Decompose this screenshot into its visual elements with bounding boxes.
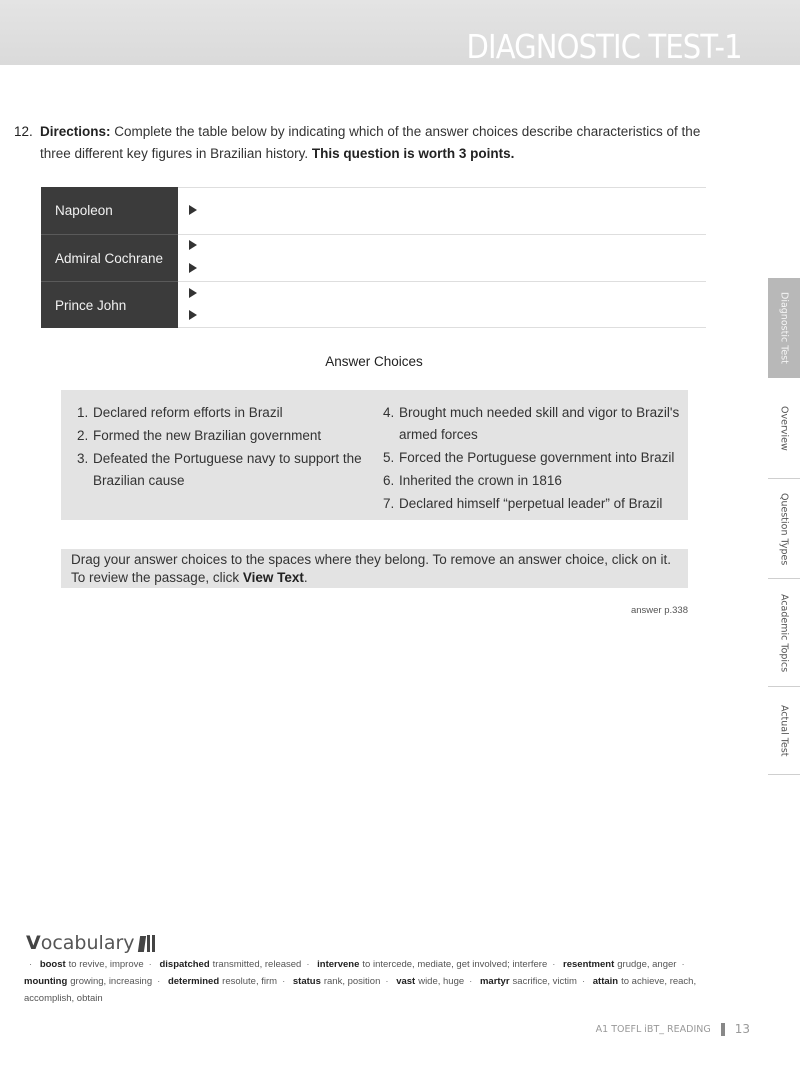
- side-tab-overview[interactable]: Overview: [768, 378, 800, 478]
- page-footer: A1 TOEFL iBT_ READING 13: [596, 1022, 750, 1036]
- side-tab-divider: [768, 774, 800, 776]
- answer-choice-7[interactable]: 7.Declared himself “perpetual leader” of…: [383, 493, 683, 515]
- page-number: 13: [735, 1022, 750, 1036]
- vocabulary-list: · boostto revive, improve· dispatchedtra…: [24, 956, 744, 1007]
- answer-choices-right: 4.Brought much needed skill and vigor to…: [383, 402, 683, 515]
- triangle-right-icon: [189, 263, 197, 273]
- instructions-line-1: Drag your answer choices to the spaces w…: [71, 551, 688, 569]
- instructions-box: Drag your answer choices to the spaces w…: [61, 549, 688, 588]
- triangle-right-icon: [189, 240, 197, 250]
- answer-choice-6[interactable]: 6.Inherited the crown in 1816: [383, 470, 683, 492]
- answer-choice-2[interactable]: 2.Formed the new Brazilian government: [77, 425, 377, 447]
- answer-choice-3[interactable]: 3.Defeated the Portuguese navy to suppor…: [77, 448, 377, 492]
- triangle-right-icon: [189, 205, 197, 215]
- vocab-entry: dispatchedtransmitted, released: [159, 959, 301, 970]
- answer-slot-john-1[interactable]: [189, 283, 699, 303]
- answer-choices-left: 1.Declared reform efforts in Brazil 2.Fo…: [77, 402, 377, 492]
- vocab-entry: martyrsacrifice, victim: [480, 976, 577, 987]
- question-directions: 12. Directions: Complete the table below…: [14, 121, 714, 165]
- figure-column: Napoleon Admiral Cochrane Prince John: [41, 187, 178, 328]
- vocab-entry: vastwide, huge: [396, 976, 464, 987]
- answer-choice-4[interactable]: 4.Brought much needed skill and vigor to…: [383, 402, 683, 446]
- books-icon: [139, 934, 155, 952]
- side-tab-academic-topics[interactable]: Academic Topics: [768, 578, 800, 687]
- view-text-link[interactable]: View Text: [243, 570, 304, 585]
- answer-slot-john-2[interactable]: [189, 305, 699, 325]
- side-tab-question-types[interactable]: Question Types: [768, 478, 800, 579]
- classification-table: Napoleon Admiral Cochrane Prince John: [41, 187, 706, 328]
- side-tab-diagnostic-test[interactable]: Diagnostic Test: [768, 278, 800, 378]
- answer-slot-cochrane-2[interactable]: [189, 258, 699, 278]
- figure-prince-john: Prince John: [41, 281, 178, 328]
- row-divider: [178, 187, 706, 188]
- side-tab-actual-test[interactable]: Actual Test: [768, 686, 800, 775]
- answer-reference: answer p.338: [631, 605, 688, 616]
- vocab-entry: boostto revive, improve: [40, 959, 144, 970]
- answer-slot-cochrane-1[interactable]: [189, 235, 699, 255]
- instructions-line-2: To review the passage, click View Text.: [71, 569, 688, 587]
- triangle-right-icon: [189, 288, 197, 298]
- answer-slot-napoleon-1[interactable]: [189, 200, 699, 220]
- vocabulary-title: Vocabulary: [26, 932, 155, 954]
- vocab-entry: statusrank, position: [293, 976, 381, 987]
- figure-admiral-cochrane: Admiral Cochrane: [41, 234, 178, 281]
- answer-choice-5[interactable]: 5.Forced the Portuguese government into …: [383, 447, 683, 469]
- row-divider: [178, 327, 706, 328]
- directions-label: Directions:: [40, 124, 111, 139]
- triangle-right-icon: [189, 310, 197, 320]
- answer-choices-title: Answer Choices: [0, 354, 748, 369]
- book-title: A1 TOEFL iBT_ READING: [596, 1024, 711, 1035]
- section-title: DIAGNOSTIC TEST-1: [467, 30, 742, 63]
- points-text: This question is worth 3 points.: [312, 146, 515, 161]
- answer-choices-box: 1.Declared reform efforts in Brazil 2.Fo…: [61, 390, 688, 520]
- vocab-entry: resentmentgrudge, anger: [563, 959, 676, 970]
- question-number: 12.: [14, 121, 33, 143]
- vocab-entry: determinedresolute, firm: [168, 976, 277, 987]
- answer-choice-1[interactable]: 1.Declared reform efforts in Brazil: [77, 402, 377, 424]
- header-band: DIAGNOSTIC TEST-1: [0, 0, 800, 65]
- vocab-entry: mountinggrowing, increasing: [24, 976, 152, 987]
- figure-napoleon: Napoleon: [41, 187, 178, 234]
- footer-divider: [721, 1023, 725, 1036]
- vocab-entry: interveneto intercede, mediate, get invo…: [317, 959, 547, 970]
- row-divider: [178, 281, 706, 282]
